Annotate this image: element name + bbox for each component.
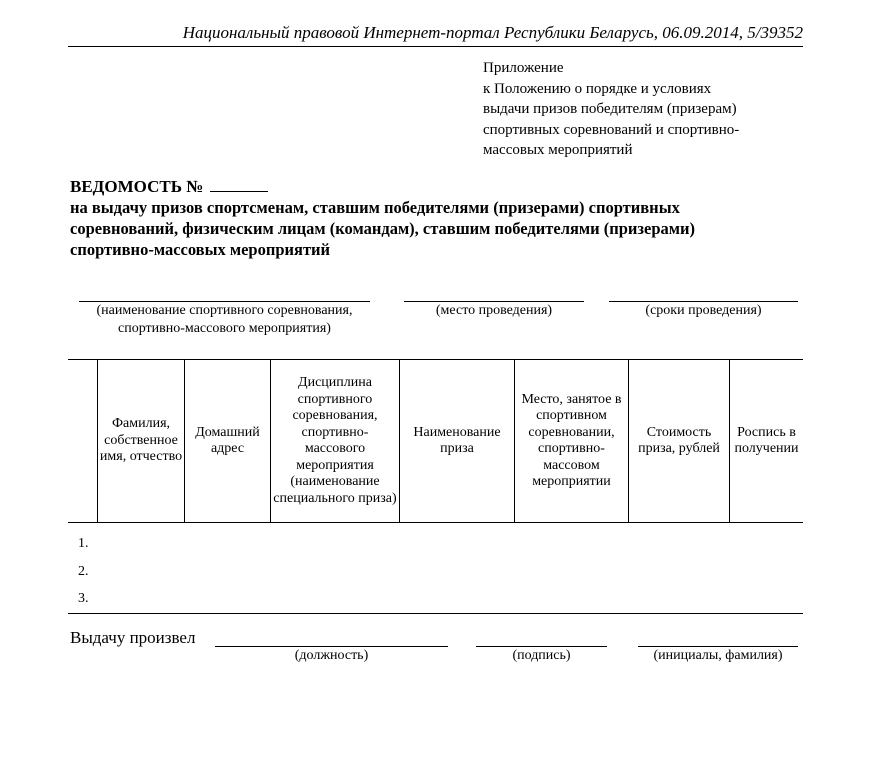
column-header-cost: Стоимость приза, рублей — [629, 360, 730, 523]
appendix-line: выдачи призов победителям (призерам) — [483, 99, 739, 120]
appendix-line: массовых мероприятий — [483, 140, 739, 161]
title-number-label: ВЕДОМОСТЬ № — [70, 177, 203, 196]
document-title: ВЕДОМОСТЬ № на выдачу призов спортсменам… — [70, 176, 810, 260]
position-caption: (должность) — [215, 647, 448, 665]
caption-line: спортивно-массового мероприятия) — [79, 320, 370, 338]
appendix-line: спортивных соревнований и спортивно- — [483, 120, 739, 141]
table-row: 2. — [68, 558, 803, 586]
table-row: 3. — [68, 585, 803, 613]
caption-line: (наименование спортивного соревнования, — [79, 302, 370, 320]
dates-field[interactable]: (сроки проведения) — [609, 301, 798, 320]
portal-header: Национальный правовой Интернет-портал Ре… — [68, 22, 803, 47]
column-header-signature: Роспись в получении — [730, 360, 804, 523]
prize-table: Фамилия, собственное имя, отчество Домаш… — [68, 359, 803, 523]
name-caption: (инициалы, фамилия) — [638, 647, 798, 665]
signature-caption: (подпись) — [476, 647, 607, 665]
title-heading: ВЕДОМОСТЬ № — [70, 176, 810, 197]
column-header-full-name: Фамилия, собственное имя, отчество — [98, 360, 185, 523]
column-header-discipline: Дисциплина спортивного соревнования, спо… — [271, 360, 400, 523]
table-row: 1. — [68, 530, 803, 558]
title-line: на выдачу призов спортсменам, ставшим по… — [70, 197, 810, 218]
venue-caption: (место проведения) — [404, 302, 584, 320]
title-line: соревнований, физическим лицам (командам… — [70, 218, 810, 239]
issued-by-label: Выдачу произвел — [70, 628, 195, 648]
venue-field[interactable]: (место проведения) — [404, 301, 584, 320]
appendix-note: Приложение к Положению о порядке и услов… — [483, 58, 739, 161]
position-field[interactable]: (должность) — [215, 646, 448, 665]
appendix-line: Приложение — [483, 58, 739, 79]
number-blank[interactable] — [210, 177, 268, 192]
column-header-address: Домашний адрес — [185, 360, 271, 523]
column-header-place: Место, занятое в спортивном соревновании… — [515, 360, 629, 523]
dates-caption: (сроки проведения) — [609, 302, 798, 320]
table-header-row: Фамилия, собственное имя, отчество Домаш… — [68, 360, 803, 523]
column-header-number — [68, 360, 98, 523]
title-line: спортивно-массовых мероприятий — [70, 239, 810, 260]
signature-field[interactable]: (подпись) — [476, 646, 607, 665]
name-field[interactable]: (инициалы, фамилия) — [638, 646, 798, 665]
event-name-field[interactable]: (наименование спортивного соревнования, … — [79, 301, 370, 338]
column-header-prize-name: Наименование приза — [400, 360, 515, 523]
table-body: 1. 2. 3. — [68, 530, 803, 614]
appendix-line: к Положению о порядке и условиях — [483, 79, 739, 100]
event-name-caption: (наименование спортивного соревнования, … — [79, 302, 370, 338]
